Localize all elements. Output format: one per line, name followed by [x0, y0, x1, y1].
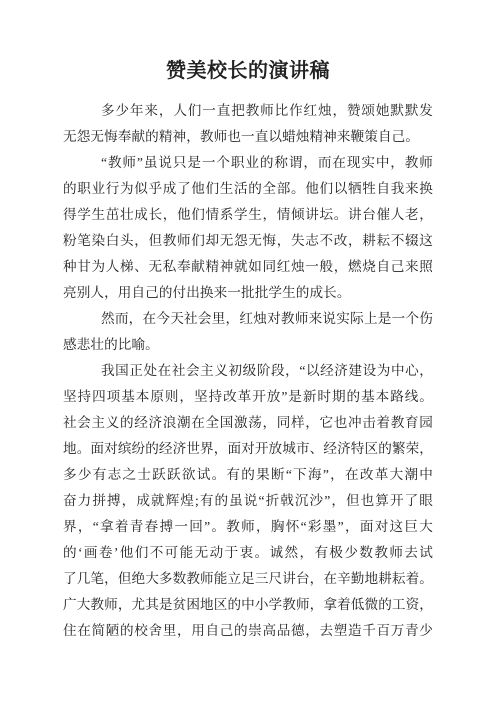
document-title: 赞美校长的演讲稿 [0, 0, 496, 84]
text-line: 得学生茁壮成长，他们情系学生，情倾讲坛。讲台催人老， [63, 202, 433, 228]
document-body: 多少年来，人们一直把教师比作红烛，赞颂她默默发光、无怨无悔奉献的精神，教师也一直… [63, 98, 433, 644]
text-line: 社会主义的经济浪潮在全国激荡，同样，它也冲击着教育园 [63, 410, 433, 436]
text-line: 奋力拼搏，成就辉煌;有的虽说“折戟沉沙”，但也算开了眼 [63, 488, 433, 514]
paragraph: 然而，在今天社会里，红烛对教师来说实际上是一个伤感悲壮的比喻。 [63, 306, 433, 358]
text-line: 坚持四项基本原则，坚持改革开放”是新时期的基本路线。 [63, 384, 433, 410]
text-line: 界，“拿着青春搏一回”。教师，胸怀“彩墨”，面对这巨大 [63, 514, 433, 540]
text-line: “教师”虽说只是一个职业的称谓，而在现实中，教师 [63, 150, 433, 176]
text-line: 住在简陋的校舍里，用自己的崇高品德，去塑造千百万青少 [63, 618, 433, 644]
document-page: 赞美校长的演讲稿 多少年来，人们一直把教师比作红烛，赞颂她默默发光、无怨无悔奉献… [0, 0, 496, 702]
text-line: 的‘画卷’他们不可能无动于衷。诚然，有极少数教师去试 [63, 540, 433, 566]
text-line: 然而，在今天社会里，红烛对教师来说实际上是一个伤 [63, 306, 433, 332]
text-line: 我国正处在社会主义初级阶段，“以经济建设为中心， [63, 358, 433, 384]
text-line: 的职业行为似乎成了他们生活的全部。他们以牺牲自我来换 [63, 176, 433, 202]
text-line: 亮别人，用自己的付出换来一批批学生的成长。 [63, 280, 433, 306]
text-line: 多少年来，人们一直把教师比作红烛，赞颂她默默发光、 [63, 98, 433, 124]
paragraph: 我国正处在社会主义初级阶段，“以经济建设为中心，坚持四项基本原则，坚持改革开放”… [63, 358, 433, 644]
paragraph: 多少年来，人们一直把教师比作红烛，赞颂她默默发光、无怨无悔奉献的精神，教师也一直… [63, 98, 433, 150]
text-line: 广大教师，尤其是贫困地区的中小学教师，拿着低微的工资， [63, 592, 433, 618]
text-line: 无怨无悔奉献的精神，教师也一直以蜡烛精神来鞭策自己。 [63, 124, 433, 150]
text-line: 地。面对缤纷的经济世界，面对开放城市、经济特区的繁荣， [63, 436, 433, 462]
text-line: 感悲壮的比喻。 [63, 332, 433, 358]
text-line: 了几笔，但绝大多数教师能立足三尺讲台，在辛勤地耕耘着。 [63, 566, 433, 592]
text-line: 粉笔染白头，但教师们却无怨无悔，失志不改，耕耘不辍这 [63, 228, 433, 254]
paragraph: “教师”虽说只是一个职业的称谓，而在现实中，教师的职业行为似乎成了他们生活的全部… [63, 150, 433, 306]
text-line: 种甘为人梯、无私奉献精神就如同红烛一般，燃烧自己来照 [63, 254, 433, 280]
text-line: 多少有志之士跃跃欲试。有的果断“下海”，在改革大潮中 [63, 462, 433, 488]
